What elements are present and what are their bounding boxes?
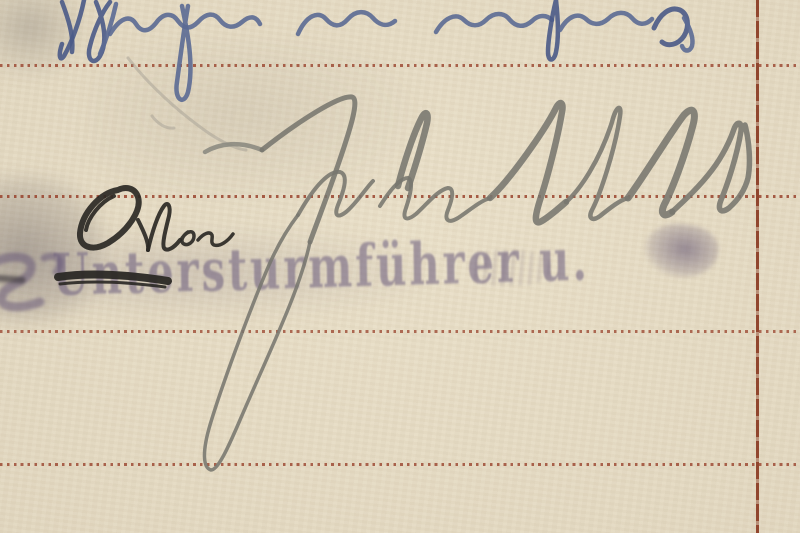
stamp-faded-text-remnant	[468, 250, 550, 286]
stamp-ink-smudge	[641, 219, 722, 283]
scanned-document-page: Untersturmführer u.	[0, 0, 800, 533]
ghost-pencil-arc	[128, 58, 246, 150]
dotted-rule-1	[0, 64, 800, 67]
corner-stain	[0, 0, 90, 80]
stamp-partial-glyph	[0, 256, 60, 307]
top-note-handwriting	[60, 0, 693, 100]
dotted-rule-3	[0, 330, 800, 333]
dotted-rule-2	[0, 195, 800, 198]
dotted-rule-4	[0, 463, 800, 466]
vertical-margin-line	[756, 0, 759, 533]
